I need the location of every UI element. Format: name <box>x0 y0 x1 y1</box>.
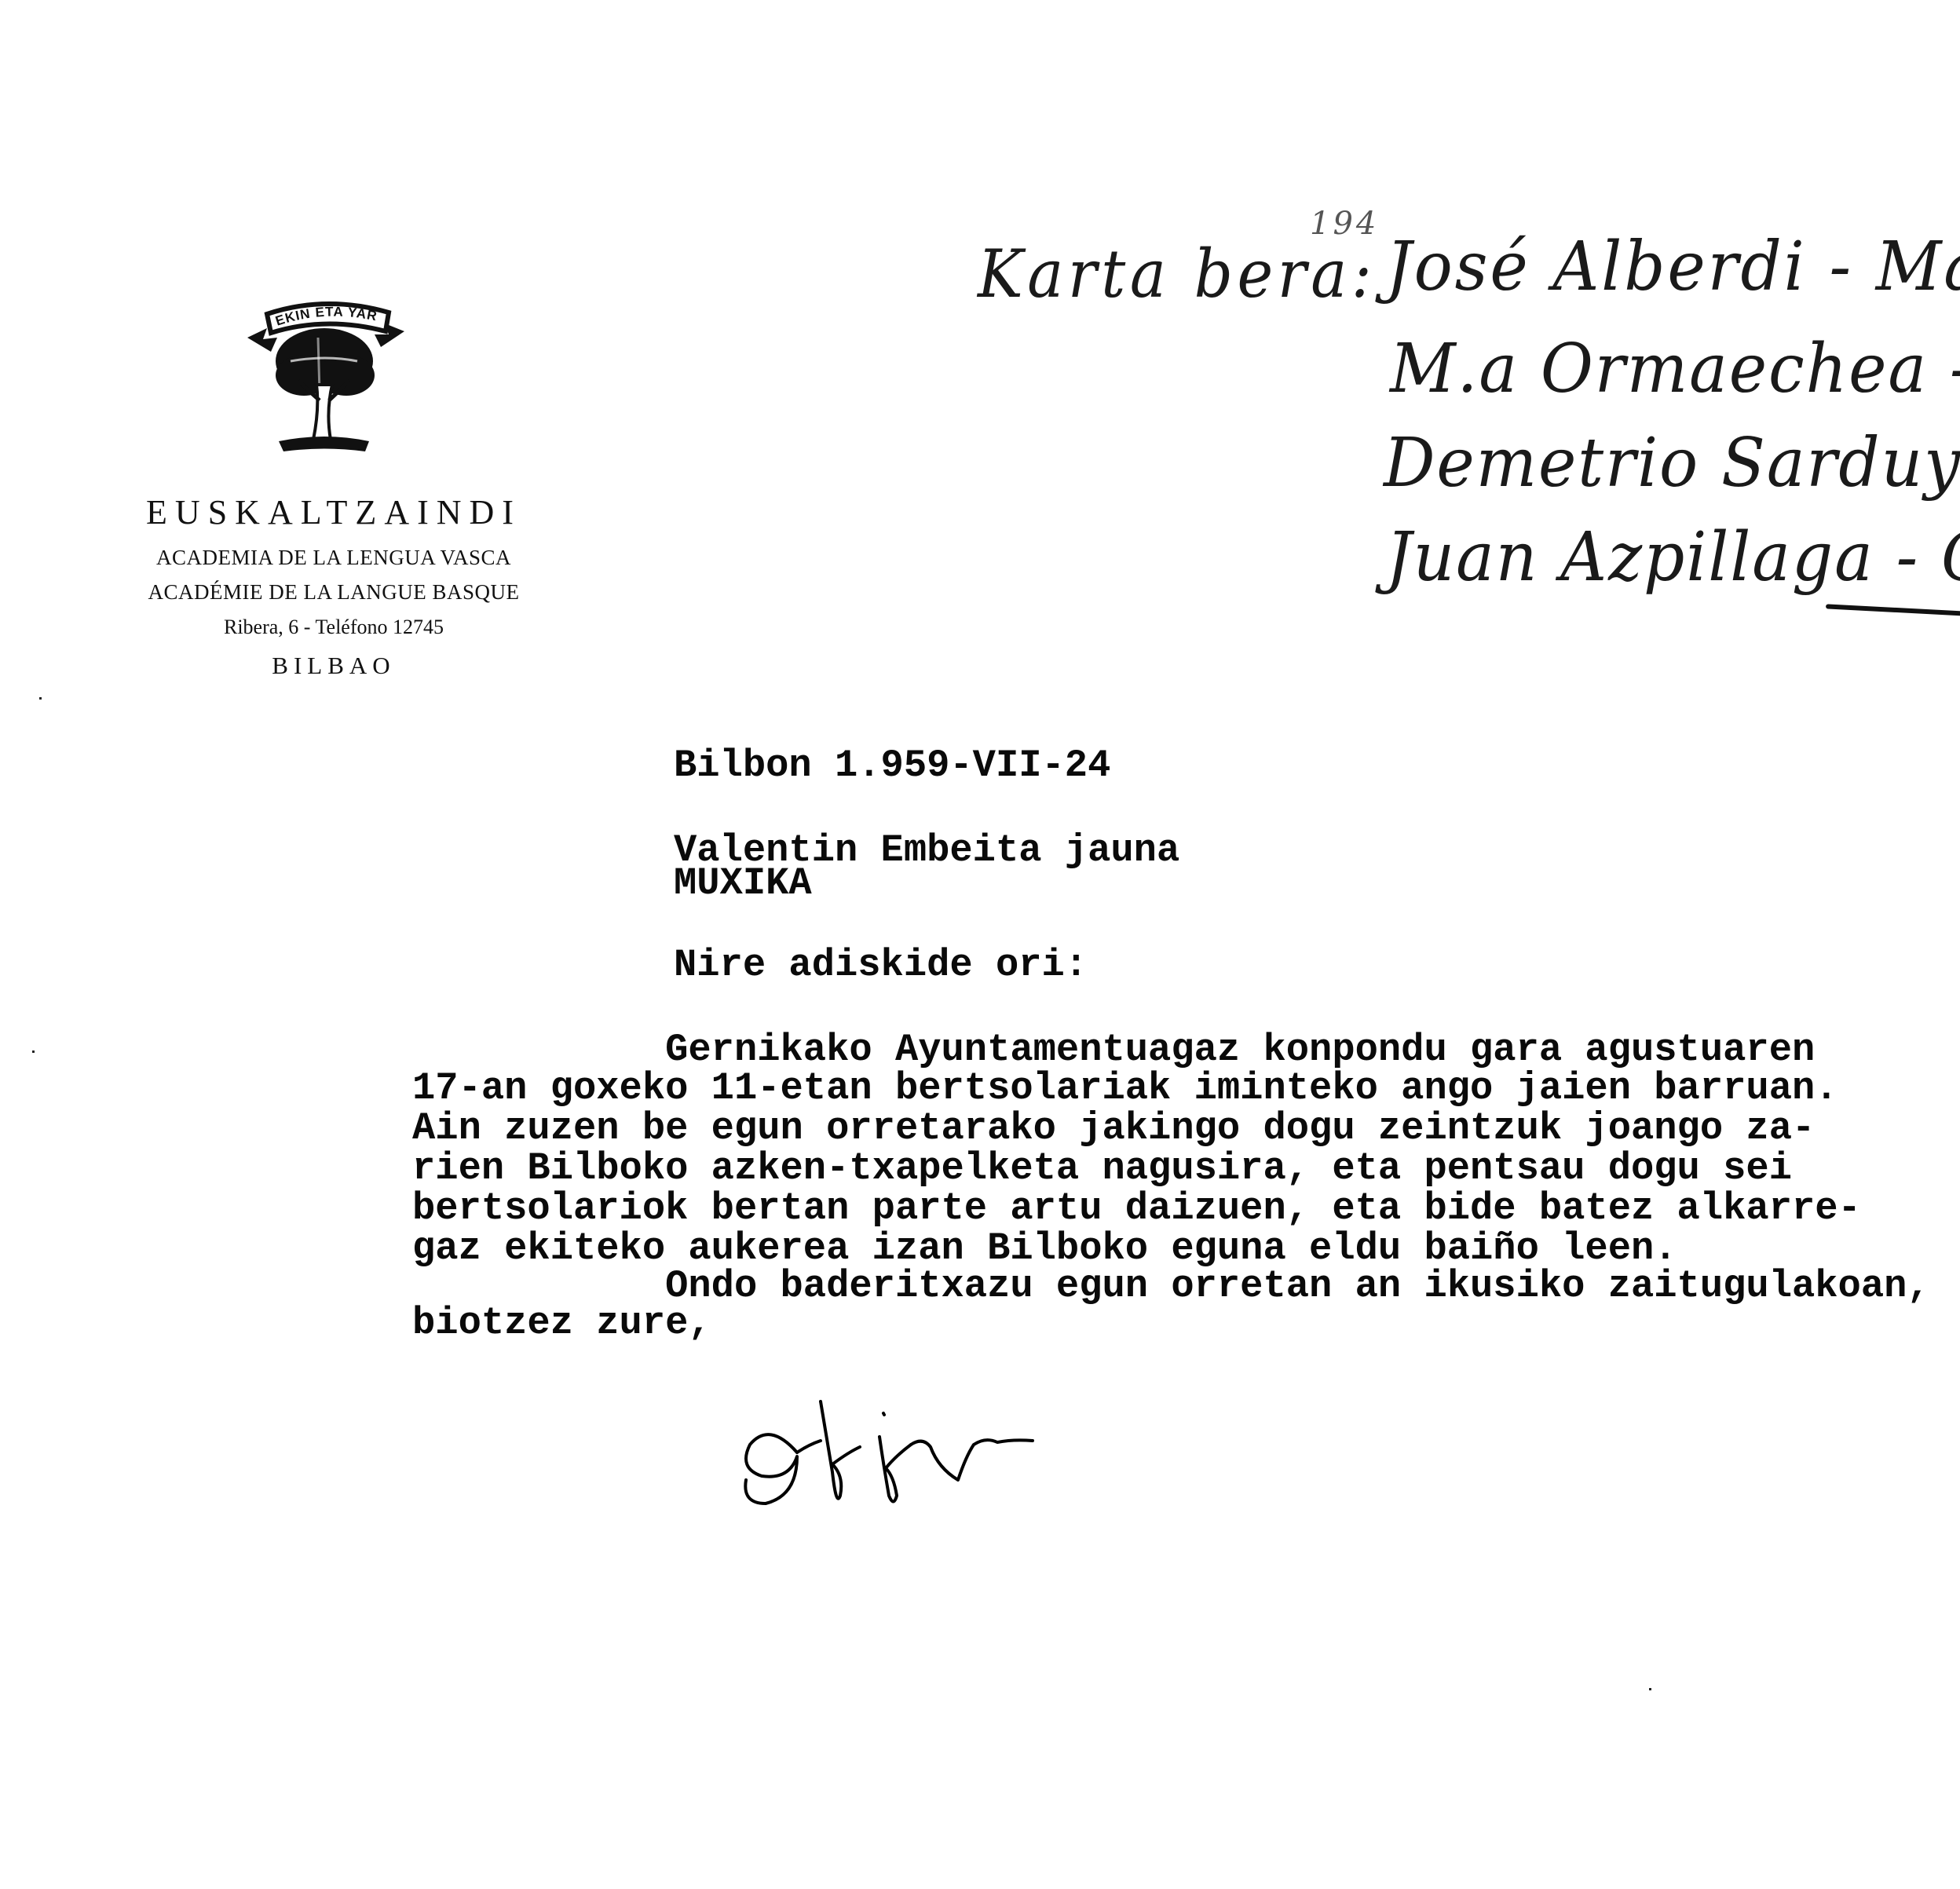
handwritten-line: José Alberdi - Mañar <box>1386 228 1960 306</box>
handwritten-line: Demetrio Sarduy - Mujic <box>1384 424 1960 502</box>
organization-subtitle-es: ACADEMIA DE LA LENGUA VASCA <box>110 545 558 570</box>
speck <box>32 1050 35 1053</box>
body-line: Ain zuzen be egun orretarako jakingo dog… <box>412 1109 1815 1148</box>
handwritten-line: Juan Azpillaga - Ondar <box>1386 518 1960 597</box>
organization-subtitle-fr: ACADÉMIE DE LA LANGUE BASQUE <box>110 579 558 605</box>
salutation: Nire adiskide ori: <box>674 945 1088 985</box>
handwritten-underline <box>1826 604 1960 616</box>
body-line: rien Bilboko azken-txapelketa nagusira, … <box>412 1149 1792 1188</box>
organization-address: Ribera, 6 - Teléfono 12745 <box>110 615 558 640</box>
organization-name: EUSKALTZAINDI <box>110 493 558 532</box>
recipient-place: MUXIKA <box>674 864 812 903</box>
body-line: bertsolariok bertan parte artu daizuen, … <box>412 1189 1861 1228</box>
organization-city: BILBAO <box>110 652 558 680</box>
body-line: 17-an goxeko 11-etan bertsolariak iminte… <box>412 1069 1838 1108</box>
oak-tree-logo-icon: EKIN ETA YARAI <box>232 283 420 463</box>
speck <box>1649 1688 1651 1690</box>
closing-line: biotzez zure, <box>412 1303 711 1343</box>
body-line: Ondo baderitxazu egun orretan an ikusiko… <box>412 1266 1930 1306</box>
handwritten-line: M.a Ormaechea - Mungu <box>1390 330 1960 408</box>
body-line: Gernikako Ayuntamentuagaz konpondu gara … <box>412 1030 1815 1069</box>
letter-date: Bilbon 1.959-VII-24 <box>674 746 1110 785</box>
handwritten-signature-icon <box>722 1378 1052 1511</box>
speck <box>39 697 42 700</box>
body-line: gaz ekiteko aukerea izan Bilboko eguna e… <box>412 1229 1677 1268</box>
handwritten-heading: Karta bera: <box>978 236 1376 312</box>
